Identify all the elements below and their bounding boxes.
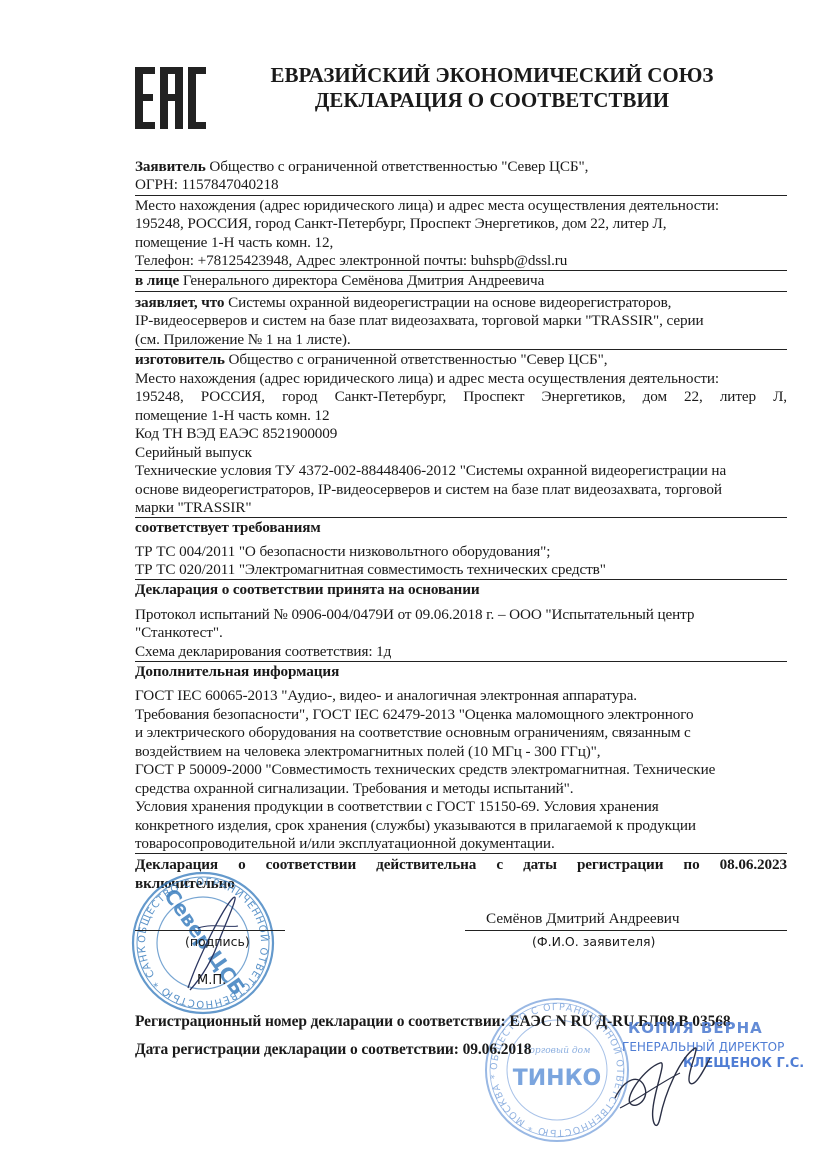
additional-line: товаросопроводительной и/или эксплуатаци…	[135, 835, 555, 853]
additional-line: воздействием на человека электромагнитны…	[135, 743, 600, 761]
basis-protocol-1: Протокол испытаний № 0906-004/0479И от 0…	[135, 606, 694, 624]
requirement-item: ТР ТС 004/2011 "О безопасности низковоль…	[135, 543, 550, 561]
manufacturer-address-3: помещение 1-Н часть комн. 12	[135, 407, 330, 425]
declares-line-1: заявляет, что Системы охранной видеореги…	[135, 294, 671, 312]
tech-conditions-2: основе видеорегистраторов, IP-видеосерве…	[135, 481, 722, 499]
union-title: ЕВРАЗИЙСКИЙ ЭКОНОМИЧЕСКИЙ СОЮЗ	[232, 62, 752, 88]
signature-caption: (подпись)	[185, 934, 250, 949]
additional-line: Условия хранения продукции в соответстви…	[135, 798, 659, 816]
divider	[135, 517, 787, 518]
address-line-2: 195248, РОССИЯ, город Санкт-Петербург, П…	[135, 215, 666, 233]
registration-date: 09.06.2018	[463, 1041, 532, 1058]
handwritten-signature-icon	[605, 1038, 715, 1138]
tech-conditions-1: Технические условия ТУ 4372-002-88448406…	[135, 462, 726, 480]
requirement-item: ТР ТС 020/2011 "Электромагнитная совмест…	[135, 561, 606, 579]
contact-line: Телефон: +78125423948, Адрес электронной…	[135, 252, 567, 270]
basis-heading: Декларация о соответствии принята на осн…	[135, 581, 480, 599]
name-caption: (Ф.И.О. заявителя)	[532, 934, 655, 949]
additional-line: ГОСТ Р 50009-2000 "Совместимость техниче…	[135, 761, 715, 779]
divider	[135, 270, 787, 271]
additional-line: средства охранной сигнализации. Требован…	[135, 780, 573, 798]
applicant-ogrn: ОГРН: 1157847040218	[135, 176, 278, 194]
manufacturer-address-2: 195248, РОССИЯ, город Санкт-Петербург, П…	[135, 388, 787, 406]
certified-copy-label: КОПИЯ ВЕРНА	[628, 1019, 763, 1037]
tech-conditions-3: марки "TRASSIR"	[135, 499, 252, 517]
svg-text:Торговый дом: Торговый дом	[524, 1046, 591, 1056]
svg-text:ТИНКО: ТИНКО	[513, 1066, 602, 1091]
manufacturer-address-1: Место нахождения (адрес юридического лиц…	[135, 370, 719, 388]
additional-heading: Дополнительная информация	[135, 663, 339, 681]
manufacturer-line: изготовитель Общество с ограниченной отв…	[135, 351, 607, 369]
declares-line-3: (см. Приложение № 1 на 1 листе).	[135, 331, 351, 349]
additional-line: ГОСТ IEC 60065-2013 "Аудио-, видео- и ан…	[135, 687, 637, 705]
declares-line-2: IP-видеосерверов и систем на базе плат в…	[135, 312, 704, 330]
seal-caption: М.П.	[197, 973, 226, 988]
tn-ved-code: Код ТН ВЭД ЕАЭС 8521900009	[135, 425, 337, 443]
applicant-full-name: Семёнов Дмитрий Андреевич	[486, 910, 680, 928]
divider	[135, 349, 787, 350]
name-line	[465, 930, 787, 931]
registration-date-line: Дата регистрации декларации о соответств…	[135, 1041, 531, 1059]
declaration-title: ДЕКЛАРАЦИЯ О СООТВЕТСТВИИ	[232, 87, 752, 113]
address-line-1: Место нахождения (адрес юридического лиц…	[135, 197, 719, 215]
release-type: Серийный выпуск	[135, 444, 252, 462]
address-line-3: помещение 1-Н часть комн. 12,	[135, 234, 333, 252]
eac-logo-icon	[133, 67, 207, 129]
additional-line: Требования безопасности", ГОСТ IEC 62479…	[135, 706, 694, 724]
representative-line: в лице Генерального директора Семёнова Д…	[135, 272, 544, 290]
additional-line: конкретного изделия, срок хранения (служ…	[135, 817, 696, 835]
declaration-scheme: Схема декларирования соответствия: 1д	[135, 643, 391, 661]
divider	[135, 195, 787, 196]
basis-protocol-2: "Станкотест".	[135, 624, 223, 642]
representative-label: в лице	[135, 272, 179, 289]
divider	[135, 291, 787, 292]
representative-text: Генерального директора Семёнова Дмитрия …	[179, 272, 544, 289]
divider	[135, 579, 787, 580]
applicant-name: Общество с ограниченной ответственностью…	[206, 158, 589, 175]
declares-label: заявляет, что	[135, 294, 224, 311]
requirements-heading: соответствует требованиям	[135, 519, 321, 537]
applicant-label: Заявитель	[135, 158, 206, 175]
additional-line: и электрического оборудования на соответ…	[135, 724, 691, 742]
applicant-line: Заявитель Общество с ограниченной ответс…	[135, 158, 588, 176]
manufacturer-label: изготовитель	[135, 351, 225, 368]
divider	[135, 853, 787, 854]
signature-line	[135, 930, 285, 931]
divider	[135, 661, 787, 662]
